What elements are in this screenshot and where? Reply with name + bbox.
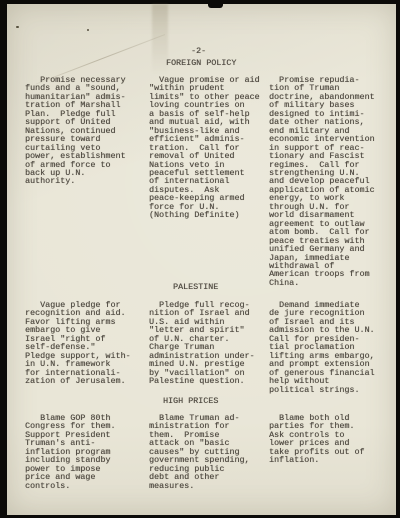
foreign-policy-column-3: Promise repudia- tion of Truman doctrine… xyxy=(269,76,375,287)
scan-edge-notch xyxy=(208,4,223,8)
high-prices-column-2: Blame Truman ad- ministration for them. … xyxy=(149,414,250,490)
foreign-policy-column-2: Vague promise or aid "within prudent lim… xyxy=(149,76,260,220)
page-number: -2- xyxy=(191,47,206,55)
section-heading-foreign-policy: FOREIGN POLICY xyxy=(166,59,236,67)
high-prices-column-3: Blame both old parties for them. Ask con… xyxy=(269,414,365,465)
high-prices-column-1: Blame GOP 80th Congress for them. Suppor… xyxy=(25,414,115,490)
section-heading-palestine: PALESTINE xyxy=(173,283,218,291)
scanned-document-photo: -2- FOREIGN POLICY Promise necessary fun… xyxy=(0,0,400,518)
foreign-policy-column-1: Promise necessary funds and a "sound, hu… xyxy=(25,76,126,186)
palestine-column-2: Pledge full recog- nition of Israel and … xyxy=(149,301,255,386)
section-heading-high-prices: HIGH PRICES xyxy=(163,397,218,405)
palestine-column-1: Vague pledge for recognition and aid. Fa… xyxy=(25,301,131,386)
paper-speck xyxy=(16,26,19,28)
palestine-column-3: Demand immediate de jure recognition of … xyxy=(269,301,375,394)
paper-speck xyxy=(87,29,89,31)
